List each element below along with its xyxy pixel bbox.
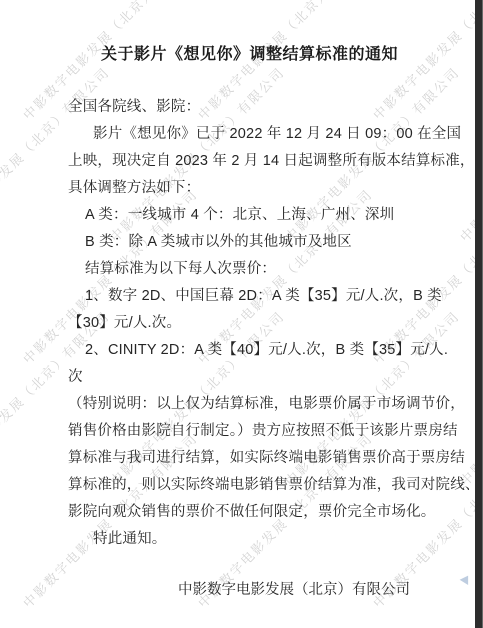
document-line: 影院向观众销售的票价不做任何限定，票价完全市场化。 — [68, 499, 433, 526]
notice-body: 全国各院线、影院：影片《想见你》已于 2022 年 12 月 24 日 09：0… — [68, 94, 433, 553]
document-line: （特别说明：以上仅为结算标准，电影票价属于市场调节价， — [68, 391, 433, 418]
document-line: 销售价格由影院自行制定。）贵方应按照不低于该影片票房结 — [68, 418, 433, 445]
watermark-text: 中影数字电影发展（北京）有限公司 — [280, 0, 463, 1]
document-line: 特此通知。 — [68, 526, 433, 553]
notice-title: 关于影片《想见你》调整结算标准的通知 — [0, 41, 483, 68]
document-line: 算标准与我司进行结算，如实际终端电影销售票价高于票房结 — [68, 445, 433, 472]
document-line: 【30】元/人.次。 — [68, 310, 433, 337]
document-line: 算标准的，则以实际终端电影销售票价结算为准，我司对院线、 — [68, 472, 433, 499]
document-line: 结算标准为以下每人次票价： — [68, 256, 433, 283]
selection-handle-artifact — [460, 573, 473, 585]
document-line: 2、CINITY 2D：A 类【40】元/人.次，B 类【35】元/人. — [68, 337, 433, 364]
document-line: 影片《想见你》已于 2022 年 12 月 24 日 09：00 在全国 — [68, 121, 433, 148]
notice-document: 中影数字电影发展（北京）有限公司中影数字电影发展（北京）有限公司中影数字电影发展… — [0, 0, 483, 628]
watermark-text: 中影数字电影发展（北京）有限公司 — [105, 0, 288, 1]
document-line: 上映，现决定自 2023 年 2 月 14 日起调整所有版本结算标准， — [68, 148, 433, 175]
signature: 中影数字电影发展（北京）有限公司 — [178, 577, 410, 604]
document-line: B 类：除 A 类城市以外的其他城市及地区 — [68, 229, 433, 256]
document-line: A 类：一线城市 4 个：北京、上海、广州、深圳 — [68, 202, 433, 229]
watermark-text: 中影数字电影发展（北京）有限公司 — [0, 0, 113, 1]
document-line: 具体调整方法如下： — [68, 175, 433, 202]
document-line: 次 — [68, 364, 433, 391]
right-edge-bar — [475, 0, 483, 628]
document-line: 1、数字 2D、中国巨幕 2D：A 类【35】元/人.次，B 类 — [68, 283, 433, 310]
document-line: 全国各院线、影院： — [68, 94, 433, 121]
